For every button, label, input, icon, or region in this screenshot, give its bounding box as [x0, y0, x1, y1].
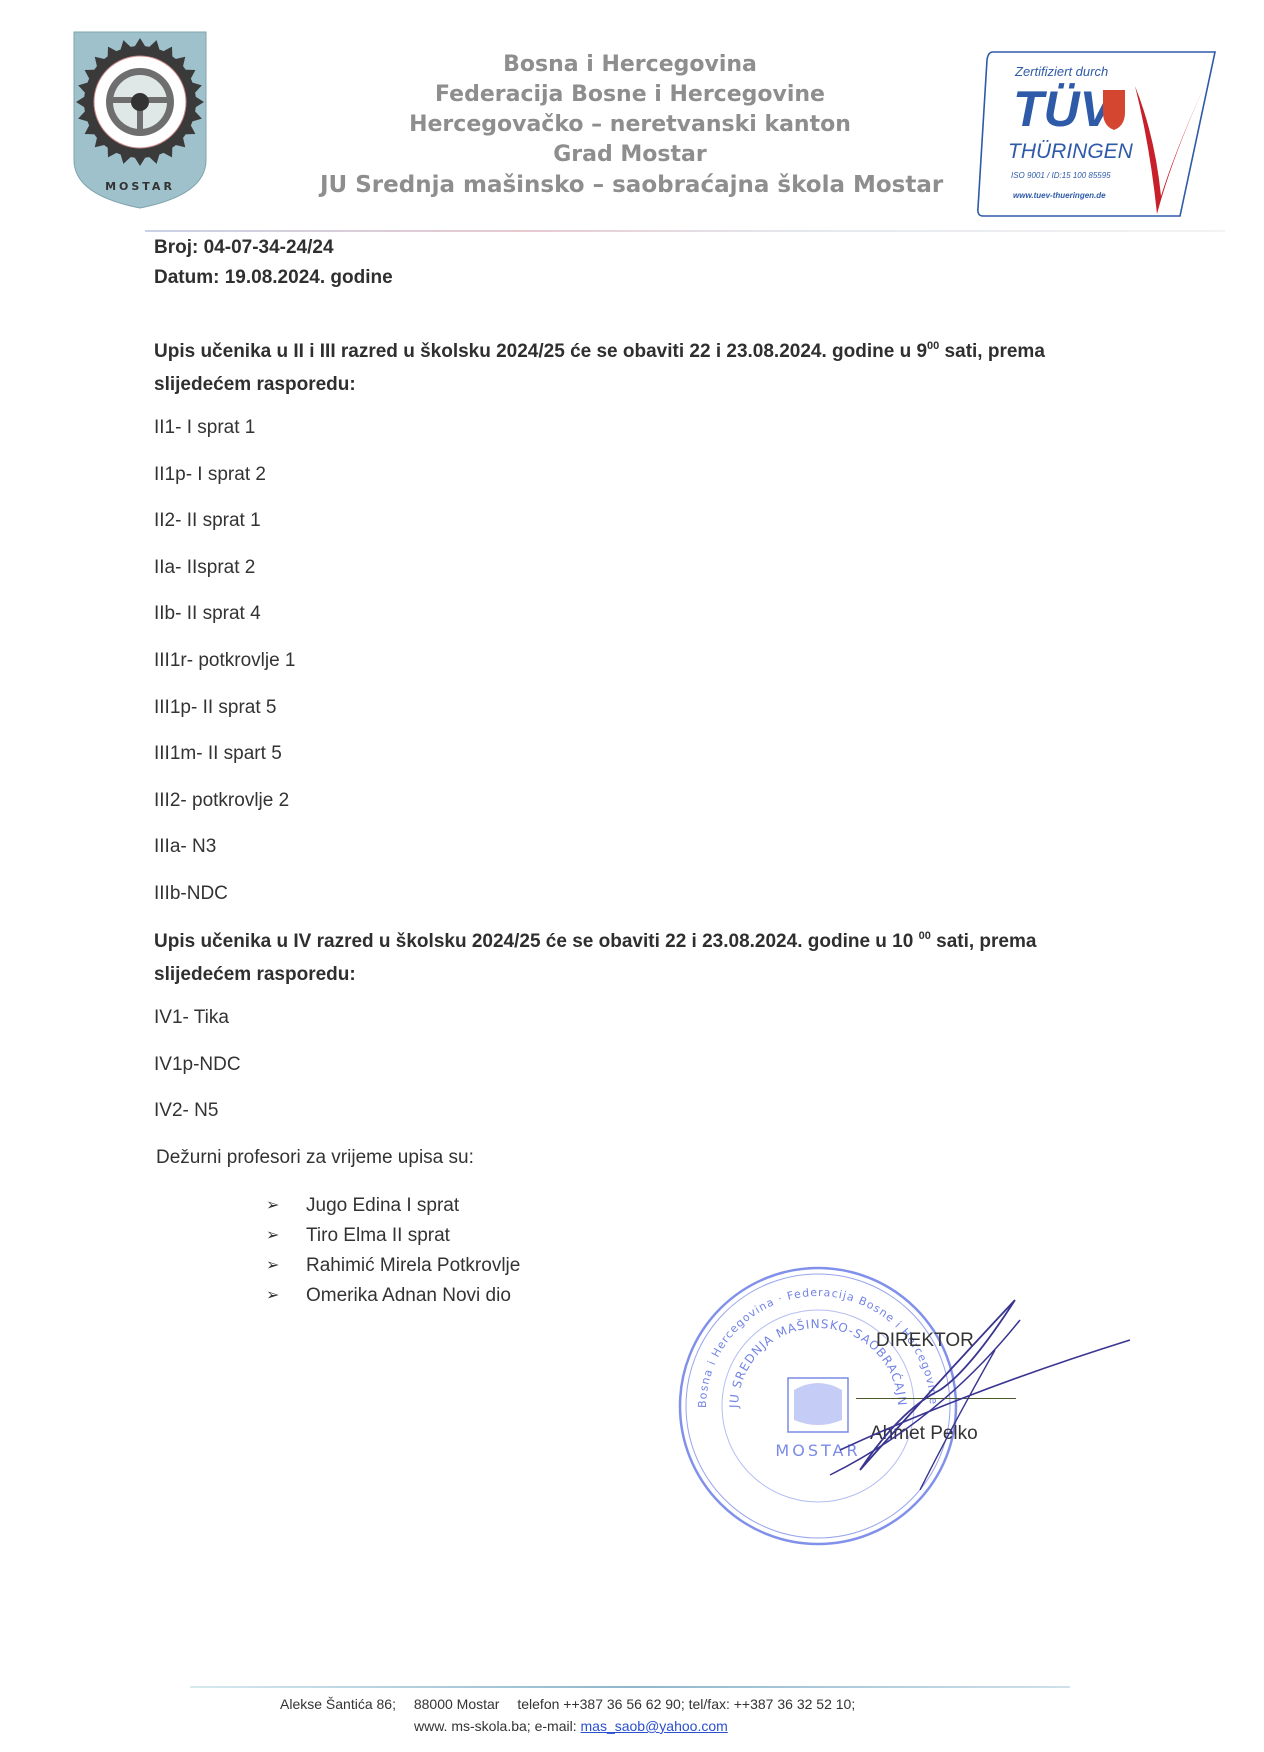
duty-teacher-item: ➢Rahimić Mirela Potkrovlje: [266, 1251, 520, 1281]
duty-teacher-item: ➢Omerika Adnan Novi dio: [266, 1281, 520, 1311]
school-crest-logo: MOSTAR: [70, 30, 210, 210]
schedule-item: II1- I sprat 1: [154, 416, 296, 463]
footer-city: 88000 Mostar: [414, 1696, 500, 1712]
footer-phone: telefon ++387 36 56 62 90;: [517, 1696, 684, 1712]
enrollment-notice-grade-4: Upis učenika u IV razred u školsku 2024/…: [154, 925, 1134, 991]
footer-website: www. ms-skola.ba;: [414, 1718, 531, 1734]
footer-address: Alekse Šantića 86;: [280, 1696, 396, 1712]
tuv-certificate-badge: Zertifiziert durch TÜV THÜRINGEN ISO 900…: [975, 46, 1225, 221]
letterhead-canton: Hercegovačko – neretvanski kanton: [320, 110, 940, 140]
schedule-item: II2- II sprat 1: [154, 509, 296, 556]
signature-line: [856, 1398, 1016, 1399]
schedule-item: IIb- II sprat 4: [154, 602, 296, 649]
document-page: MOSTAR Bosna i Hercegovina Federacija Bo…: [0, 0, 1264, 1752]
schedule-item: IIIb-NDC: [154, 882, 296, 929]
footer-email-link[interactable]: mas_saob@yahoo.com: [581, 1718, 728, 1734]
svg-text:ISO 9001 / ID:15 100 85595: ISO 9001 / ID:15 100 85595: [1011, 171, 1111, 180]
signatory-title: DIREKTOR: [876, 1330, 974, 1352]
document-date: Datum: 19.08.2024. godine: [154, 263, 393, 293]
svg-text:THÜRINGEN: THÜRINGEN: [1008, 140, 1134, 163]
svg-text:www.tuev-thueringen.de: www.tuev-thueringen.de: [1013, 191, 1106, 200]
header-divider: [145, 230, 1225, 232]
arrowhead-bullet-icon: ➢: [266, 1194, 306, 1218]
document-number: Broj: 04-07-34-24/24: [154, 233, 393, 263]
schedule-item: IIa- IIsprat 2: [154, 556, 296, 603]
schedule-item: IV1p-NDC: [154, 1053, 241, 1100]
footer-contact: Alekse Šantića 86; 88000 Mostar telefon …: [280, 1693, 855, 1737]
duty-teacher-item: ➢Tiro Elma II sprat: [266, 1221, 520, 1251]
letterhead-country: Bosna i Hercegovina: [320, 50, 940, 80]
schedule-list-grade-4: IV1- Tika IV1p-NDC IV2- N5: [154, 1006, 241, 1146]
schedule-item: IIIa- N3: [154, 835, 296, 882]
svg-text:MOSTAR: MOSTAR: [105, 180, 175, 193]
enrollment-notice-grades-2-3: Upis učenika u II i III razred u školsku…: [154, 335, 1134, 401]
footer-email-label: e-mail:: [535, 1718, 577, 1734]
schedule-item: IV1- Tika: [154, 1006, 241, 1053]
duty-teacher-item: ➢Jugo Edina I sprat: [266, 1191, 520, 1221]
svg-text:TÜV: TÜV: [1013, 81, 1117, 137]
footer-fax: tel/fax: ++387 36 32 52 10;: [689, 1696, 856, 1712]
duty-teachers-list: ➢Jugo Edina I sprat ➢Tiro Elma II sprat …: [266, 1191, 520, 1311]
schedule-item: III1p- II sprat 5: [154, 696, 296, 743]
signatory-name: Ahmet Pelko: [870, 1423, 978, 1445]
document-meta: Broj: 04-07-34-24/24 Datum: 19.08.2024. …: [154, 233, 393, 293]
footer-divider: [190, 1686, 1070, 1688]
schedule-list-grades-2-3: II1- I sprat 1 II1p- I sprat 2 II2- II s…: [154, 416, 296, 929]
letterhead-federation: Federacija Bosne i Hercegovine: [320, 80, 940, 110]
svg-text:MOSTAR: MOSTAR: [775, 1441, 860, 1460]
arrowhead-bullet-icon: ➢: [266, 1284, 306, 1308]
letterhead-city: Grad Mostar: [320, 140, 940, 170]
schedule-item: III1m- II spart 5: [154, 742, 296, 789]
schedule-item: III1r- potkrovlje 1: [154, 649, 296, 696]
letterhead-school: JU Srednja mašinsko – saobraćajna škola …: [320, 170, 940, 200]
official-stamp: Bosna i Hercegovina · Federacija Bosne i…: [676, 1258, 960, 1548]
arrowhead-bullet-icon: ➢: [266, 1254, 306, 1278]
arrowhead-bullet-icon: ➢: [266, 1224, 306, 1248]
letterhead: Bosna i Hercegovina Federacija Bosne i H…: [320, 50, 940, 200]
svg-text:Zertifiziert durch: Zertifiziert durch: [1014, 64, 1108, 79]
duty-teachers-label: Dežurni profesori za vrijeme upisa su:: [156, 1147, 474, 1169]
schedule-item: II1p- I sprat 2: [154, 463, 296, 510]
schedule-item: IV2- N5: [154, 1099, 241, 1146]
schedule-item: III2- potkrovlje 2: [154, 789, 296, 836]
